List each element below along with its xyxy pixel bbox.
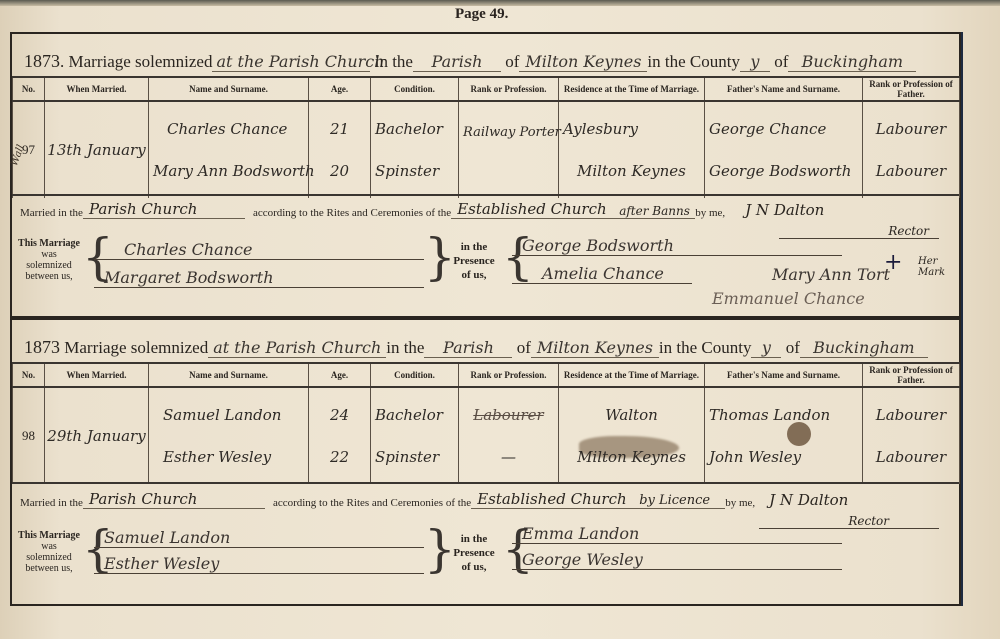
when-married: 29th January xyxy=(47,427,145,445)
officiant: J N Dalton xyxy=(755,491,895,509)
bride-signature: Esther Wesley xyxy=(94,550,424,574)
col-rank: Rank or Profession. xyxy=(459,77,559,101)
bride-father-rank: Labourer xyxy=(876,162,946,180)
groom-age: 21 xyxy=(330,120,349,138)
groom-name: Charles Chance xyxy=(153,120,304,138)
bride-age: 22 xyxy=(330,448,349,466)
married-in-line: Married in the Parish Church according t… xyxy=(20,200,950,219)
parish-word: Parish xyxy=(413,52,501,72)
bride-signature: Margaret Bodsworth xyxy=(94,264,424,288)
groom-father: Thomas Landon xyxy=(709,406,858,424)
rites-label: according to the Rites and Ceremonies of… xyxy=(265,497,471,509)
by-method: by Licence xyxy=(633,493,725,509)
married-in-line: Married in the Parish Church according t… xyxy=(20,490,950,509)
groom-condition: Bachelor xyxy=(375,406,454,424)
county-name: Buckingham xyxy=(788,52,916,72)
place-type: at the Parish Church xyxy=(212,52,370,72)
bride-residence: Milton Keynes xyxy=(563,162,700,180)
married-in-place: Parish Church xyxy=(83,490,265,509)
married-in-label: Married in the xyxy=(20,497,83,509)
heading-county: in the County xyxy=(659,338,752,358)
col-no: No. xyxy=(13,77,45,101)
witness-2: Amelia Chance xyxy=(512,260,692,284)
heading-in-the: in the xyxy=(386,338,424,358)
signatures-block: This Marriage was solemnized between us,… xyxy=(12,518,959,608)
witness-2: George Wesley xyxy=(512,546,842,570)
col-age: Age. xyxy=(309,77,371,101)
entry-heading: 1873 . Marriage solemnized at the Parish… xyxy=(24,42,951,72)
bride-father: John Wesley xyxy=(709,448,858,466)
heading-county: in the County xyxy=(647,52,740,72)
groom-father-rank: Labourer xyxy=(876,406,946,424)
col-residence: Residence at the Time of Marriage. xyxy=(559,363,705,387)
place-type: at the Parish Church xyxy=(208,338,386,358)
entry-heading: 1873 Marriage solemnized at the Parish C… xyxy=(24,328,951,358)
bride-age: 20 xyxy=(330,162,349,180)
page-number: Page 49. xyxy=(455,6,508,23)
parish-name: Milton Keynes xyxy=(519,52,647,72)
groom-residence: Walton xyxy=(605,406,658,424)
bride-rank: — xyxy=(501,448,516,466)
by-method: after Banns xyxy=(613,204,695,219)
bride-condition: Spinster xyxy=(375,448,454,466)
marriage-entry-98: 1873 Marriage solemnized at the Parish C… xyxy=(10,318,961,606)
parish-name: Milton Keynes xyxy=(531,338,659,358)
year: 1873 xyxy=(24,337,60,358)
col-age: Age. xyxy=(309,363,371,387)
heading-of: of xyxy=(517,338,531,358)
bride-name: Mary Ann Bodsworth xyxy=(153,162,304,180)
parish-word: Parish xyxy=(424,338,512,358)
groom-rank: Railway Porter xyxy=(463,125,554,140)
heading-of2: of xyxy=(774,52,788,72)
county-suffix: y xyxy=(751,338,781,358)
witness-1: George Bodsworth xyxy=(512,232,842,256)
rites-label: according to the Rites and Ceremonies of… xyxy=(245,207,451,219)
col-residence: Residence at the Time of Marriage. xyxy=(559,77,705,101)
heading-in-the: in the xyxy=(375,52,413,72)
signatures-block: This Marriage was solemnized between us,… xyxy=(12,226,959,316)
entry-number: 98 xyxy=(13,388,44,484)
col-rank: Rank or Profession. xyxy=(459,363,559,387)
county-name: Buckingham xyxy=(800,338,928,358)
heading-of2: of xyxy=(786,338,800,358)
register-table: No. When Married. Name and Surname. Age.… xyxy=(12,362,960,484)
groom-name: Samuel Landon xyxy=(153,406,304,424)
solemnized-label: This Marriage was solemnized between us, xyxy=(14,238,84,282)
heading-label: Marriage solemnized xyxy=(64,338,208,358)
col-father-rank: Rank or Profession of Father. xyxy=(863,363,960,387)
table-row: 97 Wall 13th January Charles Chance Mary… xyxy=(13,101,960,198)
groom-signature: Samuel Landon xyxy=(94,524,424,548)
groom-father-rank: Labourer xyxy=(876,120,946,138)
presence-label: in the Presence of us, xyxy=(444,532,504,574)
presence-label: in the Presence of us, xyxy=(444,240,504,282)
col-name: Name and Surname. xyxy=(149,77,309,101)
officiant: J N Dalton xyxy=(725,201,871,219)
col-when: When Married. xyxy=(45,363,149,387)
her-mark-note: HerMark xyxy=(918,256,945,278)
col-when: When Married. xyxy=(45,77,149,101)
heading-of: of xyxy=(505,52,519,72)
page-right-border xyxy=(961,32,963,606)
bride-father: George Bodsworth xyxy=(709,162,858,180)
when-married: 13th January xyxy=(47,141,145,159)
witness-1: Emma Landon xyxy=(512,520,842,544)
bride-residence: Milton Keynes xyxy=(577,448,686,466)
cross-mark: + xyxy=(884,250,902,275)
witness-3: Mary Ann Tort xyxy=(692,260,882,284)
by-me-label: by me, xyxy=(725,497,755,509)
solemnized-label: This Marriage was solemnized between us, xyxy=(14,530,84,574)
married-in-place: Parish Church xyxy=(83,200,245,219)
register-page: Page 49. 1873 . Marriage solemnized at t… xyxy=(0,0,1000,639)
groom-father: George Chance xyxy=(709,120,858,138)
col-father: Father's Name and Surname. xyxy=(705,363,863,387)
groom-age: 24 xyxy=(330,406,349,424)
by-me-label: by me, xyxy=(695,207,725,219)
groom-residence: Aylesbury xyxy=(563,120,700,138)
col-condition: Condition. xyxy=(371,77,459,101)
heading-label: Marriage solemnized xyxy=(69,52,213,72)
church-name: Established Church xyxy=(471,490,633,509)
married-in-label: Married in the xyxy=(20,207,83,219)
col-condition: Condition. xyxy=(371,363,459,387)
witness-extra: Emmanuel Chance xyxy=(702,284,957,308)
col-name: Name and Surname. xyxy=(149,363,309,387)
groom-signature: Charles Chance xyxy=(94,236,424,260)
bride-father-rank: Labourer xyxy=(876,448,946,466)
groom-condition: Bachelor xyxy=(375,120,454,138)
county-suffix: y xyxy=(740,52,770,72)
col-no: No. xyxy=(13,363,45,387)
groom-rank: Labourer xyxy=(473,406,543,424)
bride-condition: Spinster xyxy=(375,162,454,180)
col-father: Father's Name and Surname. xyxy=(705,77,863,101)
church-name: Established Church xyxy=(451,200,613,219)
marriage-entry-97: 1873 . Marriage solemnized at the Parish… xyxy=(10,32,961,318)
table-row: 98 29th January Samuel Landon Esther Wes… xyxy=(13,387,960,484)
bride-name: Esther Wesley xyxy=(153,448,304,466)
year: 1873 xyxy=(24,51,60,72)
col-father-rank: Rank or Profession of Father. xyxy=(863,77,960,101)
register-table: No. When Married. Name and Surname. Age.… xyxy=(12,76,960,198)
